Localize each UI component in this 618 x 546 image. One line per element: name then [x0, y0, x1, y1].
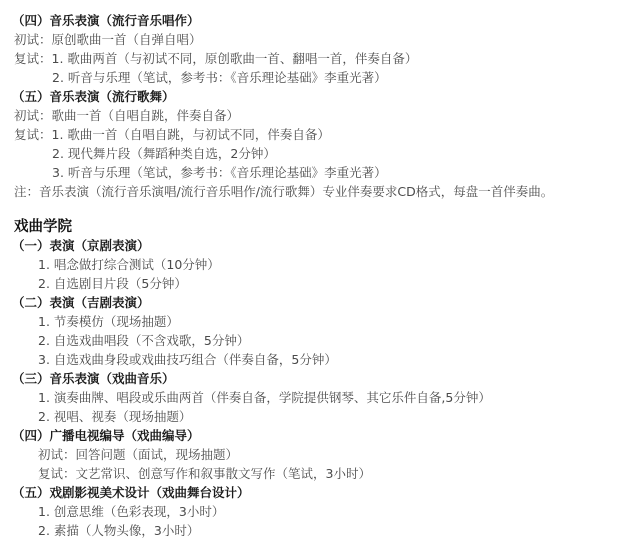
initial-exam-text: 初试：回答问题（面试，现场抽题） [38, 446, 238, 464]
section-title-opera-college: 戏曲学院 [14, 218, 72, 236]
heading-music-pop-songwriting: （四）音乐表演（流行音乐唱作） [12, 12, 200, 30]
list-item: 1. 唱念做打综合测试（10分钟） [38, 256, 220, 274]
heading-jilin-opera: （二）表演（吉剧表演） [12, 294, 150, 312]
heading-music-pop-dance: （五）音乐表演（流行歌舞） [12, 88, 175, 106]
retest-item-1: 复试：1. 歌曲两首（与初试不同，原创歌曲一首、翻唱一首，伴奏自备） [14, 50, 417, 68]
list-item: 2. 自选戏曲唱段（不含戏歌，5分钟） [38, 332, 249, 350]
initial-exam-text: 初试：歌曲一首（自唱自跳，伴奏自备） [14, 107, 239, 125]
retest-text: 复试：文艺常识、创意写作和叙事散文写作（笔试，3小时） [38, 465, 371, 483]
retest-item-3: 3. 听音与乐理（笔试，参考书：《音乐理论基础》李重光著） [52, 164, 387, 182]
retest-item-1: 复试：1. 歌曲一首（自唱自跳，与初试不同，伴奏自备） [14, 126, 330, 144]
heading-stage-design: （五）戏剧影视美术设计（戏曲舞台设计） [12, 484, 250, 502]
heading-opera-directing: （四）广播电视编导（戏曲编导） [12, 427, 200, 445]
list-item: 1. 演奏曲牌、唱段或乐曲两首（伴奏自备，学院提供钢琴、其它乐件自备,5分钟） [38, 389, 491, 407]
retest-item-2: 2. 听音与乐理（笔试，参考书：《音乐理论基础》李重光著） [52, 69, 387, 87]
list-item: 3. 自选戏曲身段或戏曲技巧组合（伴奏自备，5分钟） [38, 351, 337, 369]
list-item: 2. 素描（人物头像，3小时） [38, 522, 199, 540]
initial-exam-text: 初试：原创歌曲一首（自弹自唱） [14, 31, 202, 49]
list-item: 1. 节奏模仿（现场抽题） [38, 313, 179, 331]
list-item: 2. 视唱、视奏（现场抽题） [38, 408, 191, 426]
heading-opera-music: （三）音乐表演（戏曲音乐） [12, 370, 175, 388]
heading-peking-opera: （一）表演（京剧表演） [12, 237, 150, 255]
retest-item-2: 2. 现代舞片段（舞蹈种类自选，2分钟） [52, 145, 276, 163]
list-item: 1. 创意思维（色彩表现，3小时） [38, 503, 224, 521]
accompaniment-note: 注：音乐表演（流行音乐演唱/流行音乐唱作/流行歌舞）专业伴奏要求CD格式，每盘一… [14, 183, 553, 201]
list-item: 2. 自选剧目片段（5分钟） [38, 275, 187, 293]
